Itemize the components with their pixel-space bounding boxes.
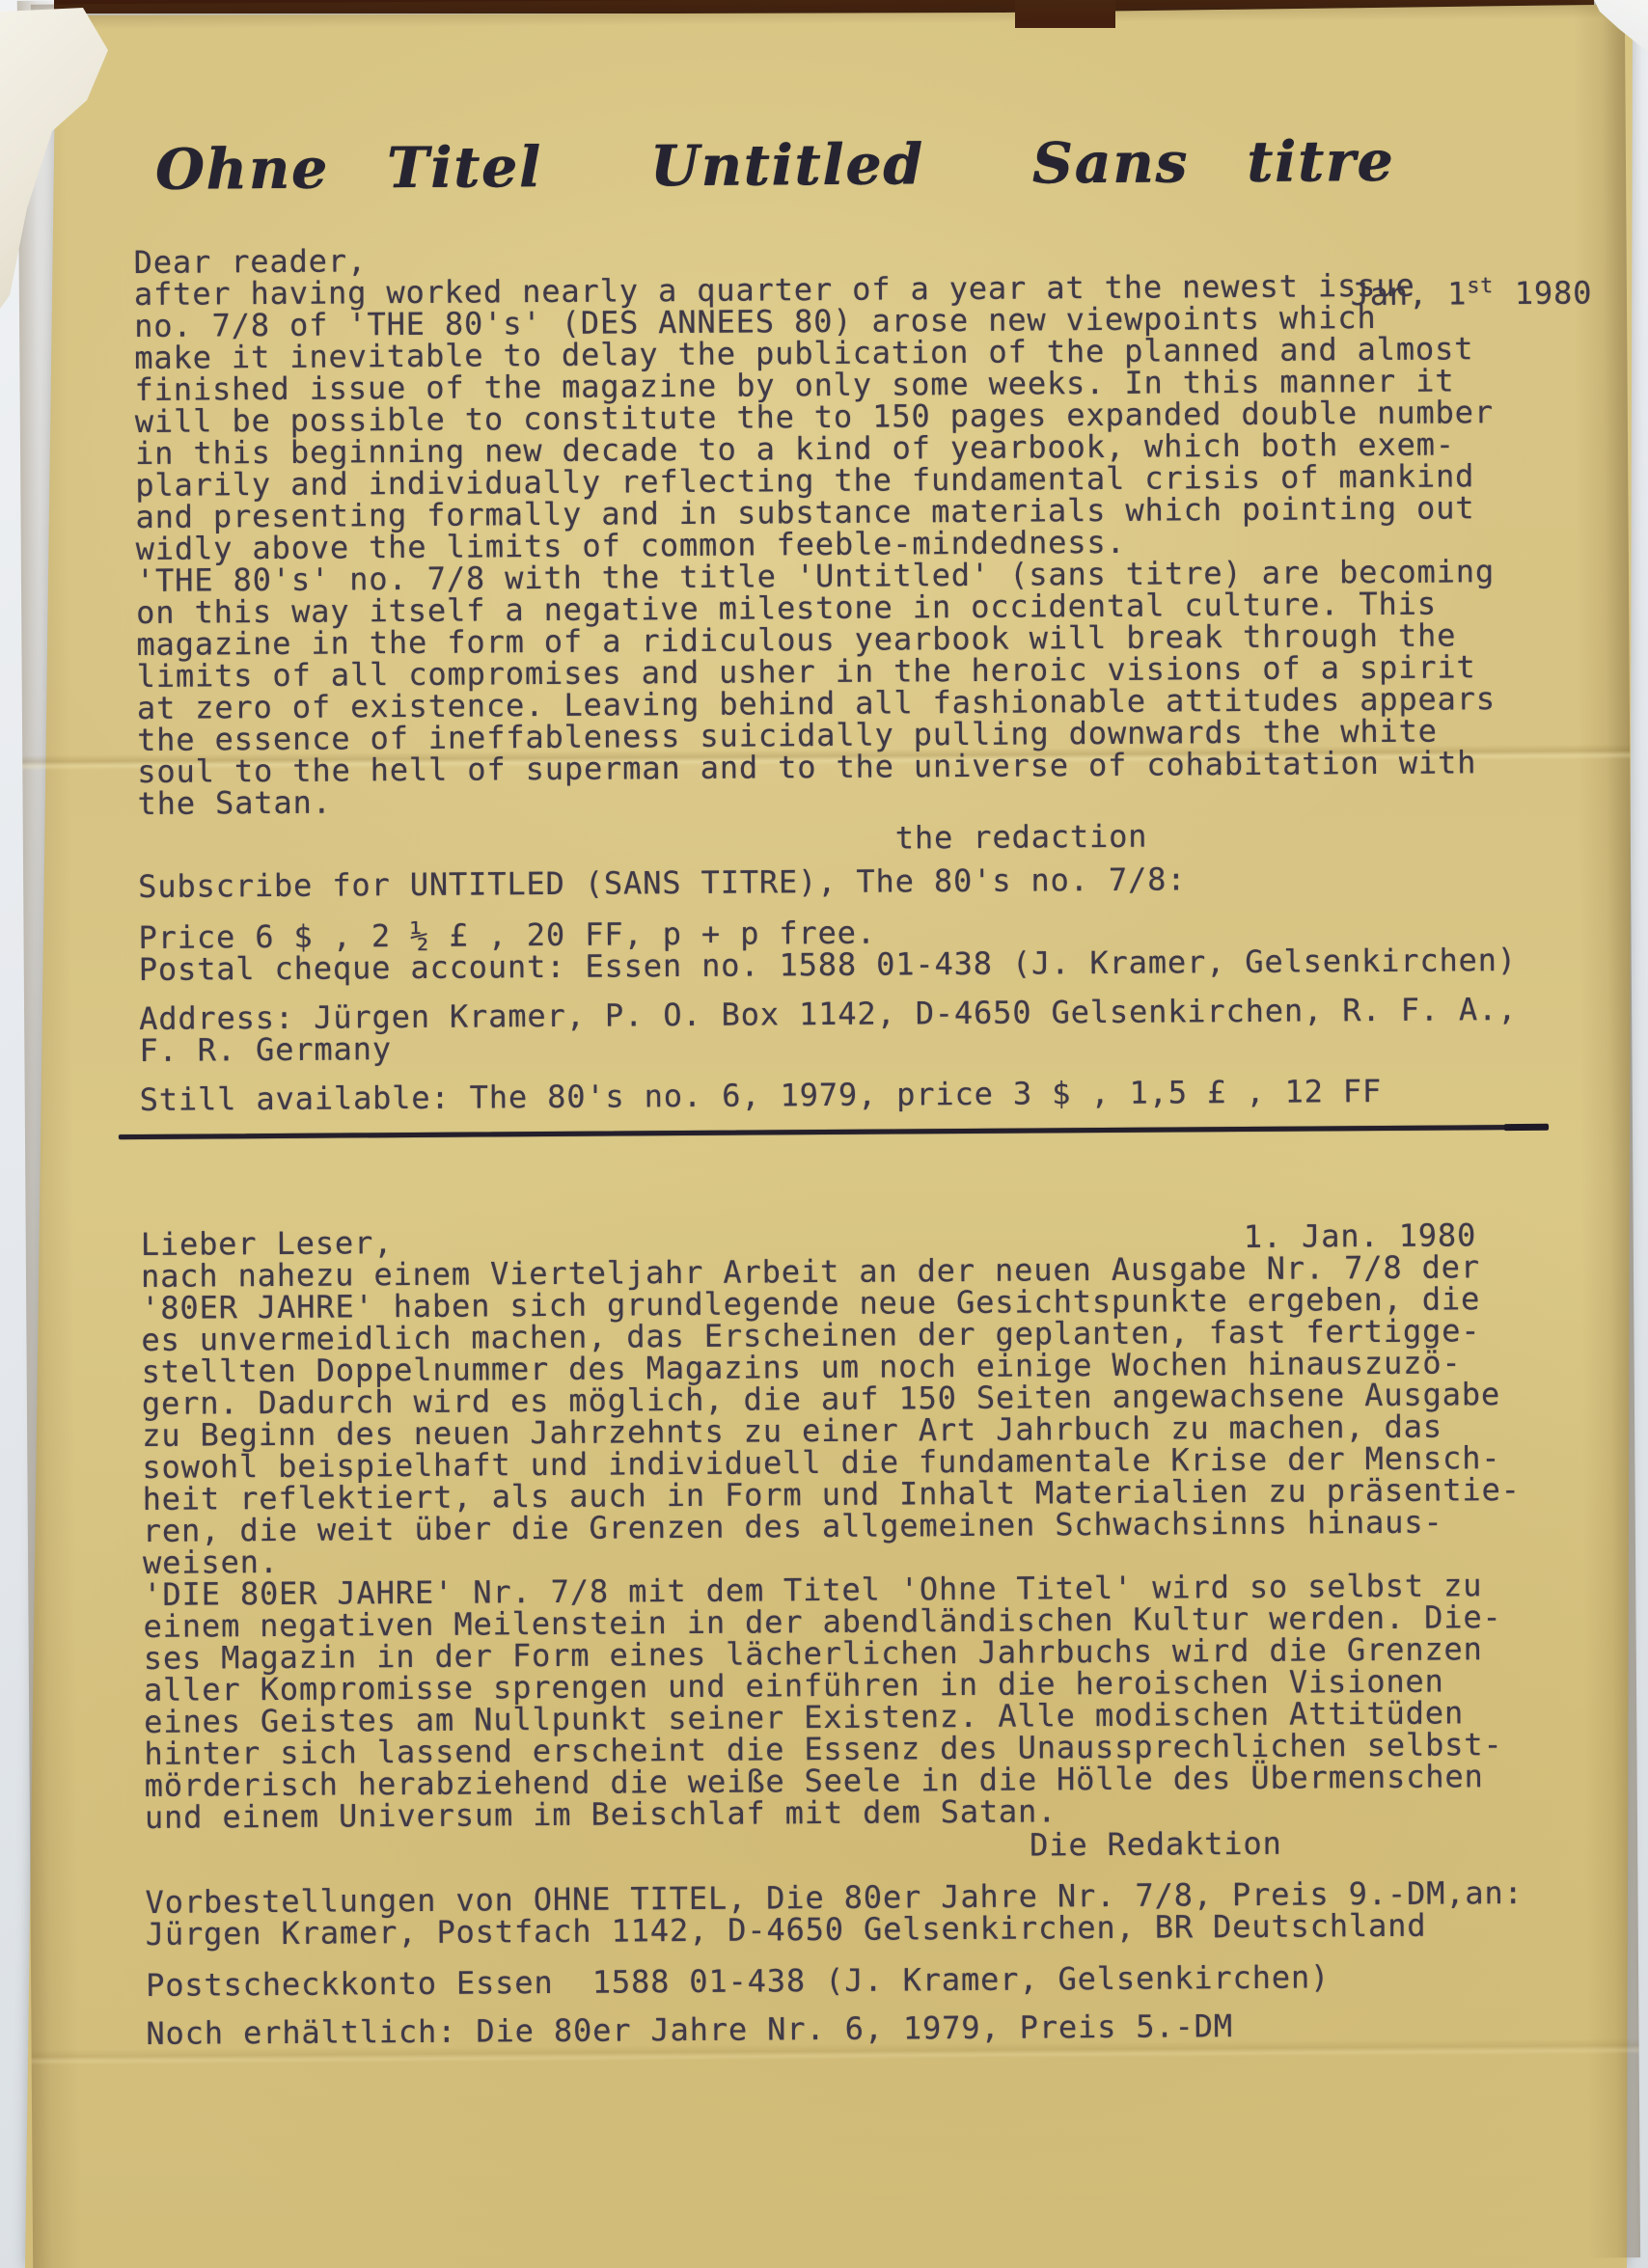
paper-top-edge-shadow [31,0,1631,30]
letter-title: Ohne Titel Untitled Sans titre [155,129,1395,202]
title-french: Sans titre [1031,129,1394,196]
subscribe-line: Subscribe for UNTITLED (SANS TITRE), The… [138,863,1186,903]
typed-content: Ohne Titel Untitled Sans titre Jan, 1st1… [0,0,1648,2268]
date-english-year: 1980 [1515,274,1593,312]
title-german: Ohne Titel [155,135,542,202]
english-letter-body: Dear reader, after having worked nearly … [134,237,1497,820]
price-and-account-lines: Price 6 $ , 2 ½ £ , 20 FF, p + p free. P… [138,913,1517,986]
german-signoff: Die Redaktion [1030,1828,1282,1862]
still-available-line-german: Noch erhältlich: Die 80er Jahre Nr. 6, 1… [146,2010,1233,2050]
paper-left-edge-shadow [17,0,81,2268]
section-divider-rule [119,1125,1549,1139]
photographed-letter-scene: Ohne Titel Untitled Sans titre Jan, 1st1… [0,0,1648,2268]
preorder-lines: Vorbestellungen von OHNE TITEL, Die 80er… [145,1877,1524,1951]
postal-account-line: Postscheckkonto Essen 1588 01-438 (J. Kr… [146,1961,1330,2002]
english-signoff: the redaction [895,821,1148,855]
address-lines: Address: Jürgen Kramer, P. O. Box 1142, … [139,994,1518,1067]
still-available-line-english: Still available: The 80's no. 6, 1979, p… [140,1076,1383,1116]
title-english: Untitled [650,132,924,198]
german-letter-body: Lieber Leser, nach nahezu einem Viertelj… [141,1219,1524,1834]
